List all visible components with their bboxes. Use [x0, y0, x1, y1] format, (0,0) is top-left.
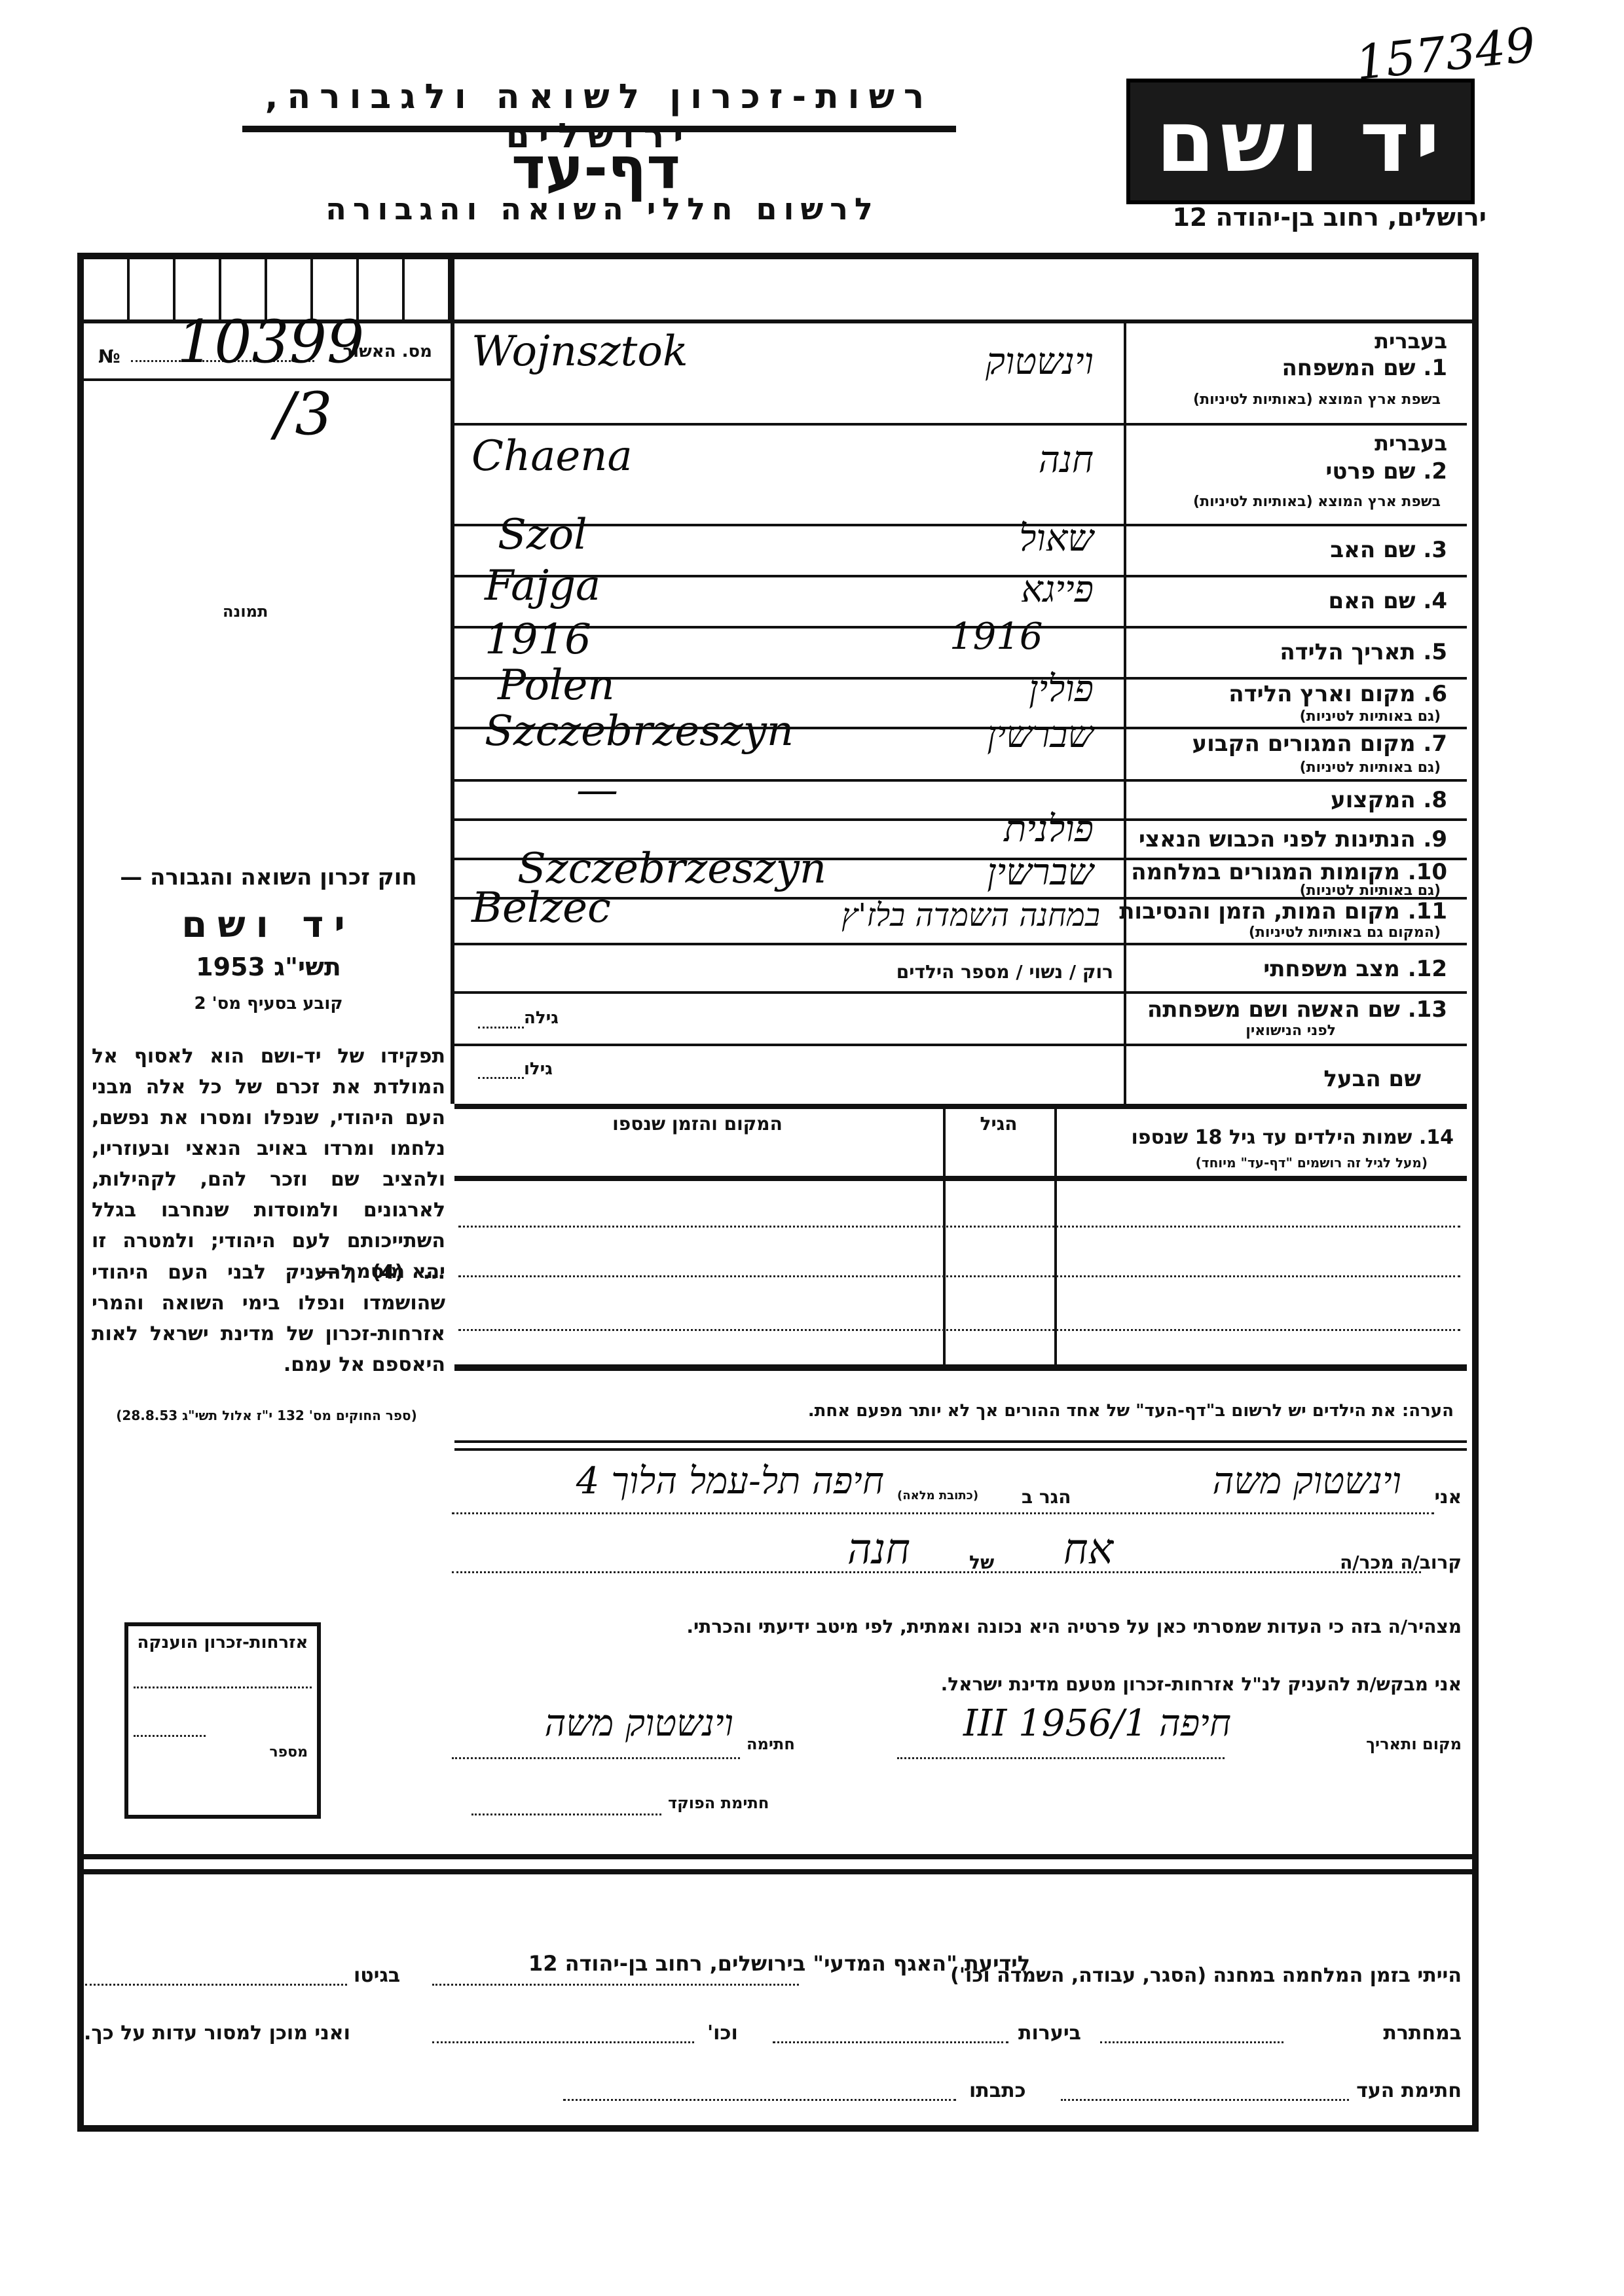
children-sublabel: (מעל לגיל זה רושמים "דף-עד" מיוחד): [1061, 1155, 1428, 1171]
info-camp-label: הייתי בזמן המלחמה במחנה (הסגר, עבודה, הש…: [950, 1964, 1462, 1987]
signature-value[interactable]: וינשטוק משה: [419, 1702, 733, 1745]
law-reference: (ספר החוקים מס' 132 י"ז אלול תשי"ג 28.8.…: [83, 1408, 451, 1423]
residence-hebrew[interactable]: שברשין: [897, 714, 1094, 756]
field-label: 6. מקום וארץ הלידה: [1228, 681, 1447, 707]
form-subtitle: לרשום חללי השואה והגבורה: [308, 191, 897, 227]
registration-rule: [84, 378, 451, 381]
first-name-latin[interactable]: Chaena: [471, 432, 633, 481]
wartime-residence-hebrew[interactable]: שברשין: [897, 851, 1094, 894]
field-row-father-name: 3. שם האב: [1126, 526, 1467, 575]
certificate-line[interactable]: [134, 1686, 312, 1688]
field-sublabel: (גם באותיות לטיניות): [1300, 759, 1441, 776]
handwritten-file-number: 157349: [1353, 17, 1538, 90]
of-value[interactable]: חנה: [779, 1525, 910, 1574]
certificate-title: אזרחות-זכרון הוענקה: [128, 1633, 317, 1652]
husband-age-label: גילו: [524, 1059, 553, 1079]
law-body-clause-4: ... (4) להעניק לבני העם היהודי שהושמדו ו…: [92, 1257, 445, 1380]
yad-vashem-logo: יד ושם: [1126, 79, 1475, 204]
code-box[interactable]: [359, 259, 405, 321]
field-label: 1. שם המשפחה: [1282, 355, 1447, 381]
info-forests-line[interactable]: [773, 2041, 1008, 2043]
law-section: קובע בסעיף מס' 2: [92, 994, 445, 1013]
law-name: יד ושם: [92, 903, 445, 946]
field-label: 2. שם פרטי: [1325, 458, 1447, 484]
info-camp-line[interactable]: [432, 1984, 799, 1986]
residing-label: הגר ב: [1022, 1486, 1071, 1508]
witness-signature-label: חתימת העד: [1356, 2079, 1462, 2102]
wife-age-label: גילה: [524, 1008, 559, 1028]
officer-signature-label: חתימת הפוקד: [668, 1794, 769, 1812]
address-hint: (כתובת מלאה): [897, 1489, 978, 1503]
declarant-name[interactable]: וינשטוק משה: [1113, 1460, 1401, 1503]
children-label: 14. שמות הילדים עד גיל 18 שנספו: [1061, 1126, 1454, 1149]
children-row-line[interactable]: [458, 1275, 1460, 1277]
family-name-hebrew[interactable]: וינשטוק: [897, 340, 1094, 383]
citizenship-request: אני מבקש/ת להעניק לנ"ל אזרחות-זכרון מטעם…: [941, 1673, 1462, 1695]
number-symbol: №: [98, 346, 120, 367]
header-rule: [242, 126, 956, 132]
info-underground-label: במחתרת: [1383, 2022, 1462, 2045]
children-header-rule: [454, 1176, 1467, 1181]
declarant-address[interactable]: חיפה תל-עמל הלוך 4: [452, 1460, 884, 1503]
residence-latin[interactable]: Szczebrzeszyn: [485, 707, 794, 756]
children-col-divider: [943, 1109, 946, 1364]
field-row-profession: 8. המקצוע: [1126, 782, 1467, 818]
witness-address-label: כתבתו: [969, 2079, 1026, 2102]
field-row-mother-name: 4. שם האם: [1126, 577, 1467, 626]
field-sublabel: (המקום גם באותיות לטיניות): [1249, 924, 1441, 941]
of-label: של: [969, 1552, 994, 1573]
field-row-family-name: בעברית 1. שם המשפחה בשפת ארץ המוצא (באות…: [1126, 323, 1467, 423]
age-line: [478, 1027, 524, 1029]
law-body: תפקידו של יד-ושם הוא לאסוף אל המולדת את …: [92, 1041, 445, 1287]
father-name-latin[interactable]: Szol: [498, 511, 587, 559]
note: הערה: את הילדים יש לרשום ב"דף-העד" של אח…: [471, 1401, 1454, 1421]
death-place-hebrew[interactable]: במחנה השמדה בלז'ץ: [694, 897, 1100, 934]
witness-signature-line[interactable]: [1061, 2099, 1349, 2101]
info-ready-testify: ואני מוכן למסור עדות על כך.: [84, 2022, 350, 2045]
section-rule: [84, 1869, 1472, 1874]
birth-place-hebrew[interactable]: פולין: [897, 668, 1094, 710]
death-place-latin[interactable]: Belzec: [471, 884, 611, 932]
declarant-label: אני: [1435, 1486, 1462, 1508]
mother-name-hebrew[interactable]: פייגא: [897, 568, 1094, 611]
field-label: 11. מקום המות, הזמן והנסיבות: [1119, 898, 1447, 924]
field-row-nationality: 9. הנתינות לפני הכבוש הנאצי: [1126, 821, 1467, 858]
father-name-hebrew[interactable]: שאול: [897, 517, 1094, 560]
law-year: תשי"ג 1953: [92, 953, 445, 981]
field-row-birth-place: 6. מקום וארץ הלידה (גם באותיות לטיניות): [1126, 680, 1467, 727]
place-date-value[interactable]: חיפה 1/III 1956: [891, 1702, 1231, 1745]
profession-latin[interactable]: —: [576, 766, 618, 814]
birth-date-latin[interactable]: 1916: [485, 615, 591, 664]
code-box[interactable]: [130, 259, 175, 321]
birth-place-latin[interactable]: Polen: [498, 661, 615, 710]
field-label: 5. תאריך הלידה: [1280, 639, 1447, 665]
code-box[interactable]: [405, 259, 451, 321]
first-name-hebrew[interactable]: חנה: [897, 439, 1094, 481]
field-label: שם הבעל: [1323, 1066, 1421, 1092]
field-row-first-name: בעברית 2. שם פרטי בשפת ארץ המוצא (באותיו…: [1126, 426, 1467, 524]
children-col-place-time: המקום והזמן שנספו: [458, 1113, 936, 1135]
signature-label: חתימה: [747, 1735, 795, 1753]
witness-address-line[interactable]: [563, 2099, 956, 2101]
children-col-age: הגיל: [950, 1113, 1048, 1135]
registration-suffix: /3: [275, 380, 333, 448]
field-sublabel: לפני הנישואין: [1246, 1023, 1336, 1039]
field-label: 13. שם האשה ושם משפחתה: [1147, 996, 1447, 1023]
hebrew-tag: בעברית: [1375, 431, 1447, 456]
registration-number[interactable]: 10399: [177, 308, 364, 376]
address: ירושלים, רחוב בן-יהודה 12: [1120, 203, 1486, 232]
info-etc-line[interactable]: [432, 2041, 694, 2043]
children-top-rule: [454, 1104, 1467, 1109]
relation-value[interactable]: אח: [1035, 1525, 1113, 1574]
code-box[interactable]: [84, 259, 130, 321]
officer-signature-line[interactable]: [471, 1813, 661, 1815]
field-label: 3. שם האב: [1330, 537, 1447, 563]
relation-label: קרוב/ה מכר/ה: [1340, 1552, 1462, 1573]
field-sublabel: בשפת ארץ המוצא (באותיות לטיניות): [1193, 494, 1441, 510]
birth-date-hebrew[interactable]: 1916: [950, 615, 1043, 658]
law-title: חוק זכרון השואה והגבורה —: [92, 864, 445, 890]
field-label: 4. שם האם: [1328, 588, 1447, 614]
field-row-wife-name: 13. שם האשה ושם משפחתה לפני הנישואין: [1126, 994, 1467, 1044]
certificate-number-label: מספר: [210, 1744, 308, 1760]
age-line: [478, 1077, 524, 1079]
family-status-options[interactable]: רוק / נשוי / מספר הילדים: [655, 961, 1113, 983]
note-rule: [454, 1440, 1467, 1443]
field-row-wartime-residence: 10. מקומות המגורים במלחמה (גם באותיות לט…: [1126, 860, 1467, 897]
photo-label: תמונה: [223, 602, 268, 621]
field-row-husband-name: שם הבעל: [1126, 1046, 1467, 1104]
note-rule: [454, 1448, 1467, 1451]
info-etc-label: וכו': [707, 2022, 738, 2045]
hebrew-tag: בעברית: [1375, 329, 1447, 354]
field-label: 8. המקצוע: [1331, 787, 1447, 813]
mother-name-latin[interactable]: Fajga: [485, 562, 600, 610]
field-label: 7. מקום המגורים הקבוע: [1192, 731, 1447, 757]
relation-line: [452, 1571, 1421, 1573]
signature-line: [452, 1757, 740, 1759]
certificate-number-line[interactable]: [134, 1735, 206, 1737]
children-col-divider: [1054, 1109, 1057, 1364]
field-label: 12. מצב משפחתי: [1263, 956, 1447, 982]
field-label: 10. מקומות המגורים במלחמה: [1131, 859, 1447, 885]
info-forests-label: ביערות: [1018, 2022, 1081, 2045]
family-name-latin[interactable]: Wojnsztok: [471, 327, 688, 376]
field-row-family-status: 12. מצב משפחתי: [1126, 945, 1467, 991]
place-date-line: [897, 1757, 1225, 1759]
field-row-death-place: 11. מקום המות, הזמן והנסיבות (המקום גם ב…: [1126, 900, 1467, 943]
field-sublabel: (גם באותיות לטיניות): [1300, 708, 1441, 725]
children-bottom-rule: [454, 1364, 1467, 1371]
info-underground-line[interactable]: [1100, 2041, 1283, 2043]
section-rule: [84, 1854, 1472, 1859]
column-separator: [451, 259, 454, 1104]
info-ghetto-line[interactable]: [85, 1984, 347, 1986]
nationality-hebrew[interactable]: פולנית: [897, 808, 1094, 850]
field-sublabel: בשפת ארץ המוצא (באותיות לטיניות): [1193, 392, 1441, 408]
info-ghetto-label: בגיטו: [354, 1964, 400, 1987]
address-line: [452, 1512, 1434, 1514]
field-row-birth-date: 5. תאריך הלידה: [1126, 629, 1467, 677]
field-row-residence: 7. מקום המגורים הקבוע (גם באותיות לטיניו…: [1126, 729, 1467, 779]
children-row-line[interactable]: [458, 1226, 1460, 1228]
field-label: 9. הנתינות לפני הכבוש הנאצי: [1139, 826, 1447, 852]
declaration-statement: מצהיר/ה בזה כי העדות שמסרתי כאן על פרטיה…: [686, 1616, 1462, 1637]
children-row-line[interactable]: [458, 1329, 1460, 1331]
place-date-label: מקום ותאריך: [1366, 1735, 1462, 1753]
